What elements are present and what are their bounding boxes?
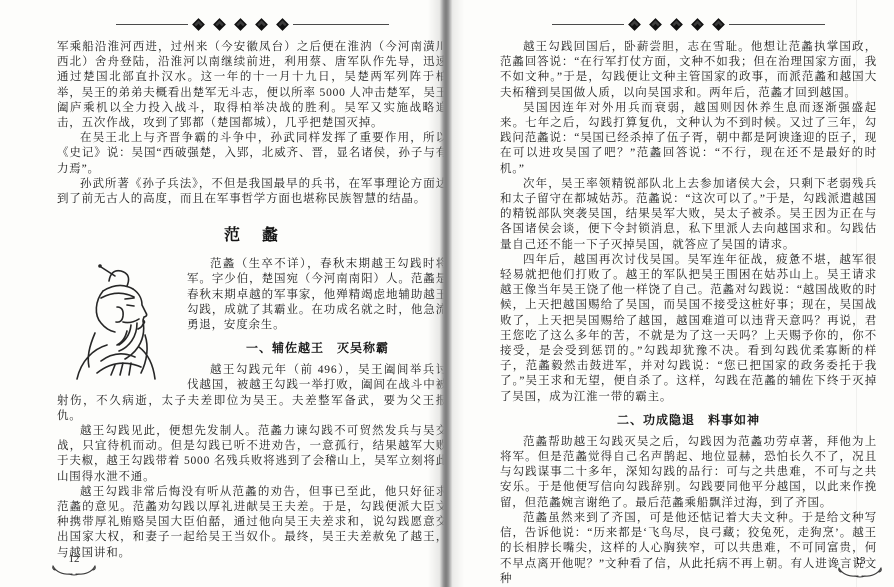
- paragraph: 范蠡虽然来到了齐国，可是他还惦记着大夫文种。于是给文种写信，告诉他说：“历来都是…: [500, 511, 877, 587]
- left-page: 军乘船沿淮河西进，过州来（今安徽凤台）之后便在淮汭（今河南潢川西北）舍舟登陆，沿…: [57, 16, 448, 561]
- paragraph: 越王勾践非常后悔没有听从范蠡的劝告，但事已至此，他只好征求范蠡的意见。范蠡劝勾践…: [57, 485, 448, 561]
- paragraph: 吴国因连年对外用兵而衰弱，越国则因休养生息而逐渐强盛起来。七年之后，勾践打算复仇…: [500, 101, 877, 177]
- diamond-divider-ornament: [57, 18, 448, 30]
- diamond-icon: [276, 18, 289, 31]
- section-1-paragraphs: 越王勾践元年（前 496），吴王阖闾举兵讨伐越国，被越王勾践一举打败，阖闾在战斗…: [57, 363, 448, 561]
- diamond-icon: [712, 18, 725, 31]
- ornament-line: [293, 24, 389, 25]
- paragraph: 次年，吴王率领精锐部队北上去参加诸侯大会，只剩下老弱残兵和太子留守在都城姑苏。范…: [500, 177, 877, 253]
- page-number-right: 13: [834, 556, 886, 578]
- diamond-divider-ornament: [500, 18, 877, 30]
- left-page-top-paragraphs: 军乘船沿淮河西进，过州来（今安徽凤台）之后便在淮汭（今河南潢川西北）舍舟登陆，沿…: [57, 40, 448, 207]
- diamond-icon: [213, 18, 226, 31]
- ornament-line: [116, 24, 188, 25]
- book-spread-scan: 军乘船沿淮河西进，过州来（今安徽凤台）之后便在淮汭（今河南潢川西北）舍舟登陆，沿…: [0, 0, 894, 587]
- page-number-flourish-icon: [51, 563, 97, 576]
- diamond-icon: [255, 18, 268, 31]
- diamond-icon: [628, 18, 641, 31]
- page-number-flourish-icon: [837, 565, 883, 578]
- ornament-line: [552, 24, 624, 25]
- right-page: 越王勾践回国后，卧薪尝胆，志在雪耻。他想让范蠡执掌国政，范蠡回答说：“在行军打仗…: [500, 16, 877, 587]
- book-gutter-shadow: [428, 0, 464, 587]
- paragraph: 在吴王北上与齐晋争霸的斗争中，孙武同样发挥了重要作用，所以《史记》说：吴国“西破…: [57, 131, 448, 177]
- paragraph: 孙武所著《孙子兵法》，不但是我国最早的兵书，在军事理论方面达到了前无古人的高度，…: [57, 177, 448, 207]
- section-2-title: 二、功成隐退 料事如神: [500, 413, 877, 428]
- paragraph: 军乘船沿淮河西进，过州来（今安徽凤台）之后便在淮汭（今河南潢川西北）舍舟登陆，沿…: [57, 40, 448, 131]
- right-page-paragraphs: 越王勾践回国后，卧薪尝胆，志在雪耻。他想让范蠡执掌国政，范蠡回答说：“在行军打仗…: [500, 40, 877, 405]
- chapter-title: 范 蠡: [57, 227, 448, 245]
- paragraph: 四年后，越国再次讨伐吴国。吴军连年征战，疲惫不堪，越军很轻易就把他们打败了。越王…: [500, 253, 877, 405]
- paragraph: 越王勾践回国后，卧薪尝胆，志在雪耻。他想让范蠡执掌国政，范蠡回答说：“在行军打仗…: [500, 40, 877, 101]
- diamond-icon: [670, 18, 683, 31]
- diamond-icon: [691, 18, 704, 31]
- section-2-paragraphs: 范蠡帮助越王勾践灭吴之后，勾践因为范蠡功劳卓著，拜他为上将军。但是范蠡觉得自己名…: [500, 435, 877, 587]
- diamond-icon: [234, 18, 247, 31]
- paragraph: 越王勾践见此，便想先发制人。范蠡力谏勾践不可贸然发兵与吴交战，只宜待机而动。但是…: [57, 424, 448, 485]
- fan-li-portrait-illustration: [57, 261, 175, 385]
- page-number-left: 12: [48, 554, 100, 576]
- diamond-icon: [192, 18, 205, 31]
- page-edge-line: [856, 0, 857, 587]
- ornament-line: [729, 24, 825, 25]
- paragraph: 范蠡帮助越王勾践灭吴之后，勾践因为范蠡功劳卓著，拜他为上将军。但是范蠡觉得自己名…: [500, 435, 877, 511]
- diamond-icon: [649, 18, 662, 31]
